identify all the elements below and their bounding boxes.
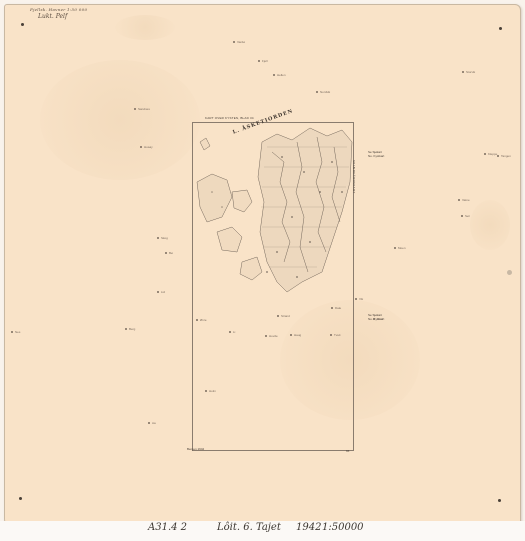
pin-hole-bottom-right <box>498 499 501 502</box>
place-marker[interactable]: Storvik <box>462 70 475 74</box>
place-marker[interactable]: Lid <box>157 290 165 294</box>
place-marker[interactable]: Sandnes <box>134 107 150 111</box>
place-marker[interactable]: Dale <box>331 306 341 310</box>
place-marker[interactable]: Berg <box>125 327 135 331</box>
frame-corner-label: 65 <box>346 449 349 453</box>
place-marker[interactable]: Strand <box>277 314 290 318</box>
pin-hole-right <box>507 270 512 275</box>
place-marker[interactable]: Sør <box>461 214 470 218</box>
place-marker[interactable]: Holm <box>205 389 216 393</box>
pin-hole-bottom-left <box>19 497 22 500</box>
place-marker[interactable]: Aa <box>148 421 156 425</box>
place-marker[interactable]: Vatne <box>458 198 470 202</box>
sheet-year: 1942 <box>296 522 321 533</box>
sheet-reference: A31.4 2 <box>148 522 187 533</box>
sheet-title: Lôit. 6. Tajet <box>217 522 281 533</box>
place-marker[interactable]: Fjell <box>258 59 268 63</box>
place-marker[interactable]: Li <box>229 330 235 334</box>
place-marker[interactable]: Haug <box>290 333 301 337</box>
paper-stain <box>40 60 200 180</box>
header-note: Fjellsk. Havner 1:50 000 Lukt. Pelf <box>30 6 87 20</box>
side-margin-label: SKJÆRGÅRDSKART <box>352 160 356 193</box>
pin-hole-top-right <box>499 27 502 30</box>
place-marker[interactable]: Vardø <box>233 40 245 44</box>
place-marker[interactable]: Kleppe <box>484 152 497 156</box>
place-marker[interactable]: Rød <box>373 317 383 321</box>
header-note-line1: Fjellsk. Havner 1:50 000 <box>30 6 87 13</box>
place-marker[interactable]: Vik <box>355 297 363 301</box>
place-marker[interactable]: Øvre <box>196 318 207 322</box>
place-marker[interactable]: Husøy <box>140 145 153 149</box>
header-note-line2: Lukt. Pelf <box>38 13 87 20</box>
place-marker[interactable]: Moen <box>394 246 406 250</box>
place-marker[interactable]: Skog <box>157 236 168 240</box>
paper-stain <box>115 15 175 40</box>
place-marker[interactable]: Hellen <box>273 73 286 77</box>
place-marker[interactable]: Bø <box>165 251 173 255</box>
pin-hole-top-left <box>21 23 24 26</box>
place-marker[interactable]: Tveit <box>330 333 341 337</box>
place-marker[interactable]: Nes <box>11 330 20 334</box>
paper-stain <box>470 200 510 250</box>
legend-note: Se Sjøkart No. Kystkart <box>368 150 384 158</box>
place-marker[interactable]: Nordvik <box>316 90 330 94</box>
legend-note-line2: No. Kystkart <box>368 154 384 158</box>
frame-bottom-label: Bergen 1942 <box>187 447 204 451</box>
place-marker[interactable]: Tangen <box>497 154 511 158</box>
archipelago-map[interactable] <box>192 122 354 297</box>
place-marker[interactable]: Hovde <box>265 334 278 338</box>
sheet-scale: 1:50000 <box>322 522 364 533</box>
frame-top-label: KART OVER KYSTEN, BLAD 34 <box>205 116 254 120</box>
